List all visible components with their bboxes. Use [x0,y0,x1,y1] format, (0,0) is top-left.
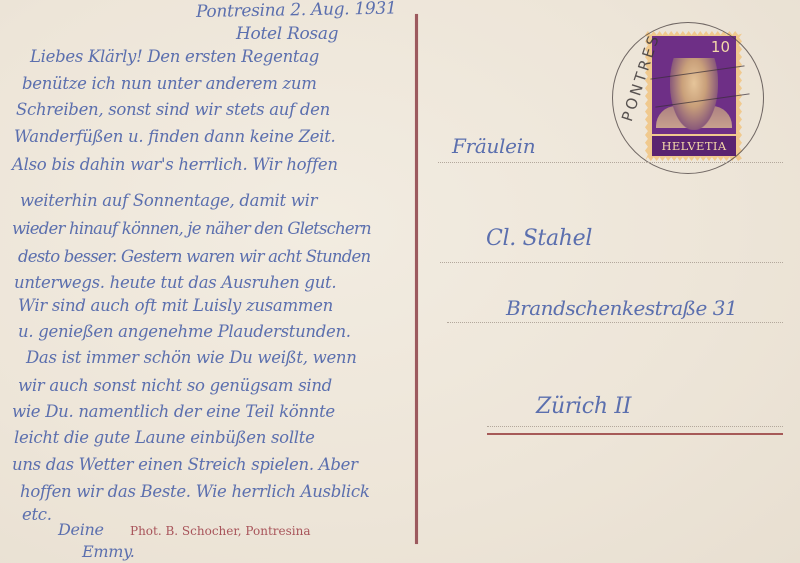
address-line-4 [487,426,783,427]
stamp-country: HELVETIA [652,134,736,156]
message-line: wir auch sonst nicht so genügsam sind [18,376,332,395]
photographer-credit: Phot. B. Schocher, Pontresina [130,524,311,538]
message-line: u. genießen angenehme Plauderstunden. [18,322,351,341]
address-line-1 [438,162,783,163]
tell-portrait-icon [670,58,718,130]
closing: Deine [58,520,104,539]
message-line: Also bis dahin war's herrlich. Wir hoffe… [12,155,338,174]
message-line: uns das Wetter einen Streich spielen. Ab… [12,455,358,474]
message-line: unterwegs. heute tut das Ausruhen gut. [14,273,336,292]
address-salutation: Fräulein [452,134,535,158]
message-line: leicht die gute Laune einbüßen sollte [14,428,315,447]
message-line: Liebes Klärly! Den ersten Regentag [30,47,319,66]
message-line: desto besser. Gestern waren wir acht Stu… [18,247,370,266]
address-line-3 [447,322,783,323]
signature: Emmy. [82,542,135,561]
address-line-2 [440,262,783,263]
message-line: etc. [22,505,52,524]
hotel-name: Hotel Rosag [236,24,338,44]
place-date: Pontresina 2. Aug. 1931 [196,0,397,22]
message-line: benütze ich nun unter anderem zum [22,74,317,93]
message-line: Das ist immer schön wie Du weißt, wenn [26,348,357,367]
address-name: Cl. Stahel [486,226,592,251]
message-line: wieder hinauf können, je näher den Glets… [12,219,371,238]
message-line: hoffen wir das Beste. Wie herrlich Ausbl… [20,482,370,501]
address-street: Brandschenkestraße 31 [506,296,737,320]
stamp-value: 10 [711,38,730,56]
address-city: Zürich II [536,394,631,419]
message-line: wie Du. namentlich der eine Teil könnte [12,402,335,421]
center-divider [415,14,418,544]
message-line: Wanderfüßen u. finden dann keine Zeit. [14,127,335,146]
address-underline [487,433,783,435]
message-line: Schreiben, sonst sind wir stets auf den [16,100,330,119]
message-line: weiterhin auf Sonnentage, damit wir [20,191,317,210]
message-line: Wir sind auch oft mit Luisly zusammen [18,296,333,315]
postcard: Pontresina 2. Aug. 1931 Hotel Rosag Lieb… [0,0,800,563]
